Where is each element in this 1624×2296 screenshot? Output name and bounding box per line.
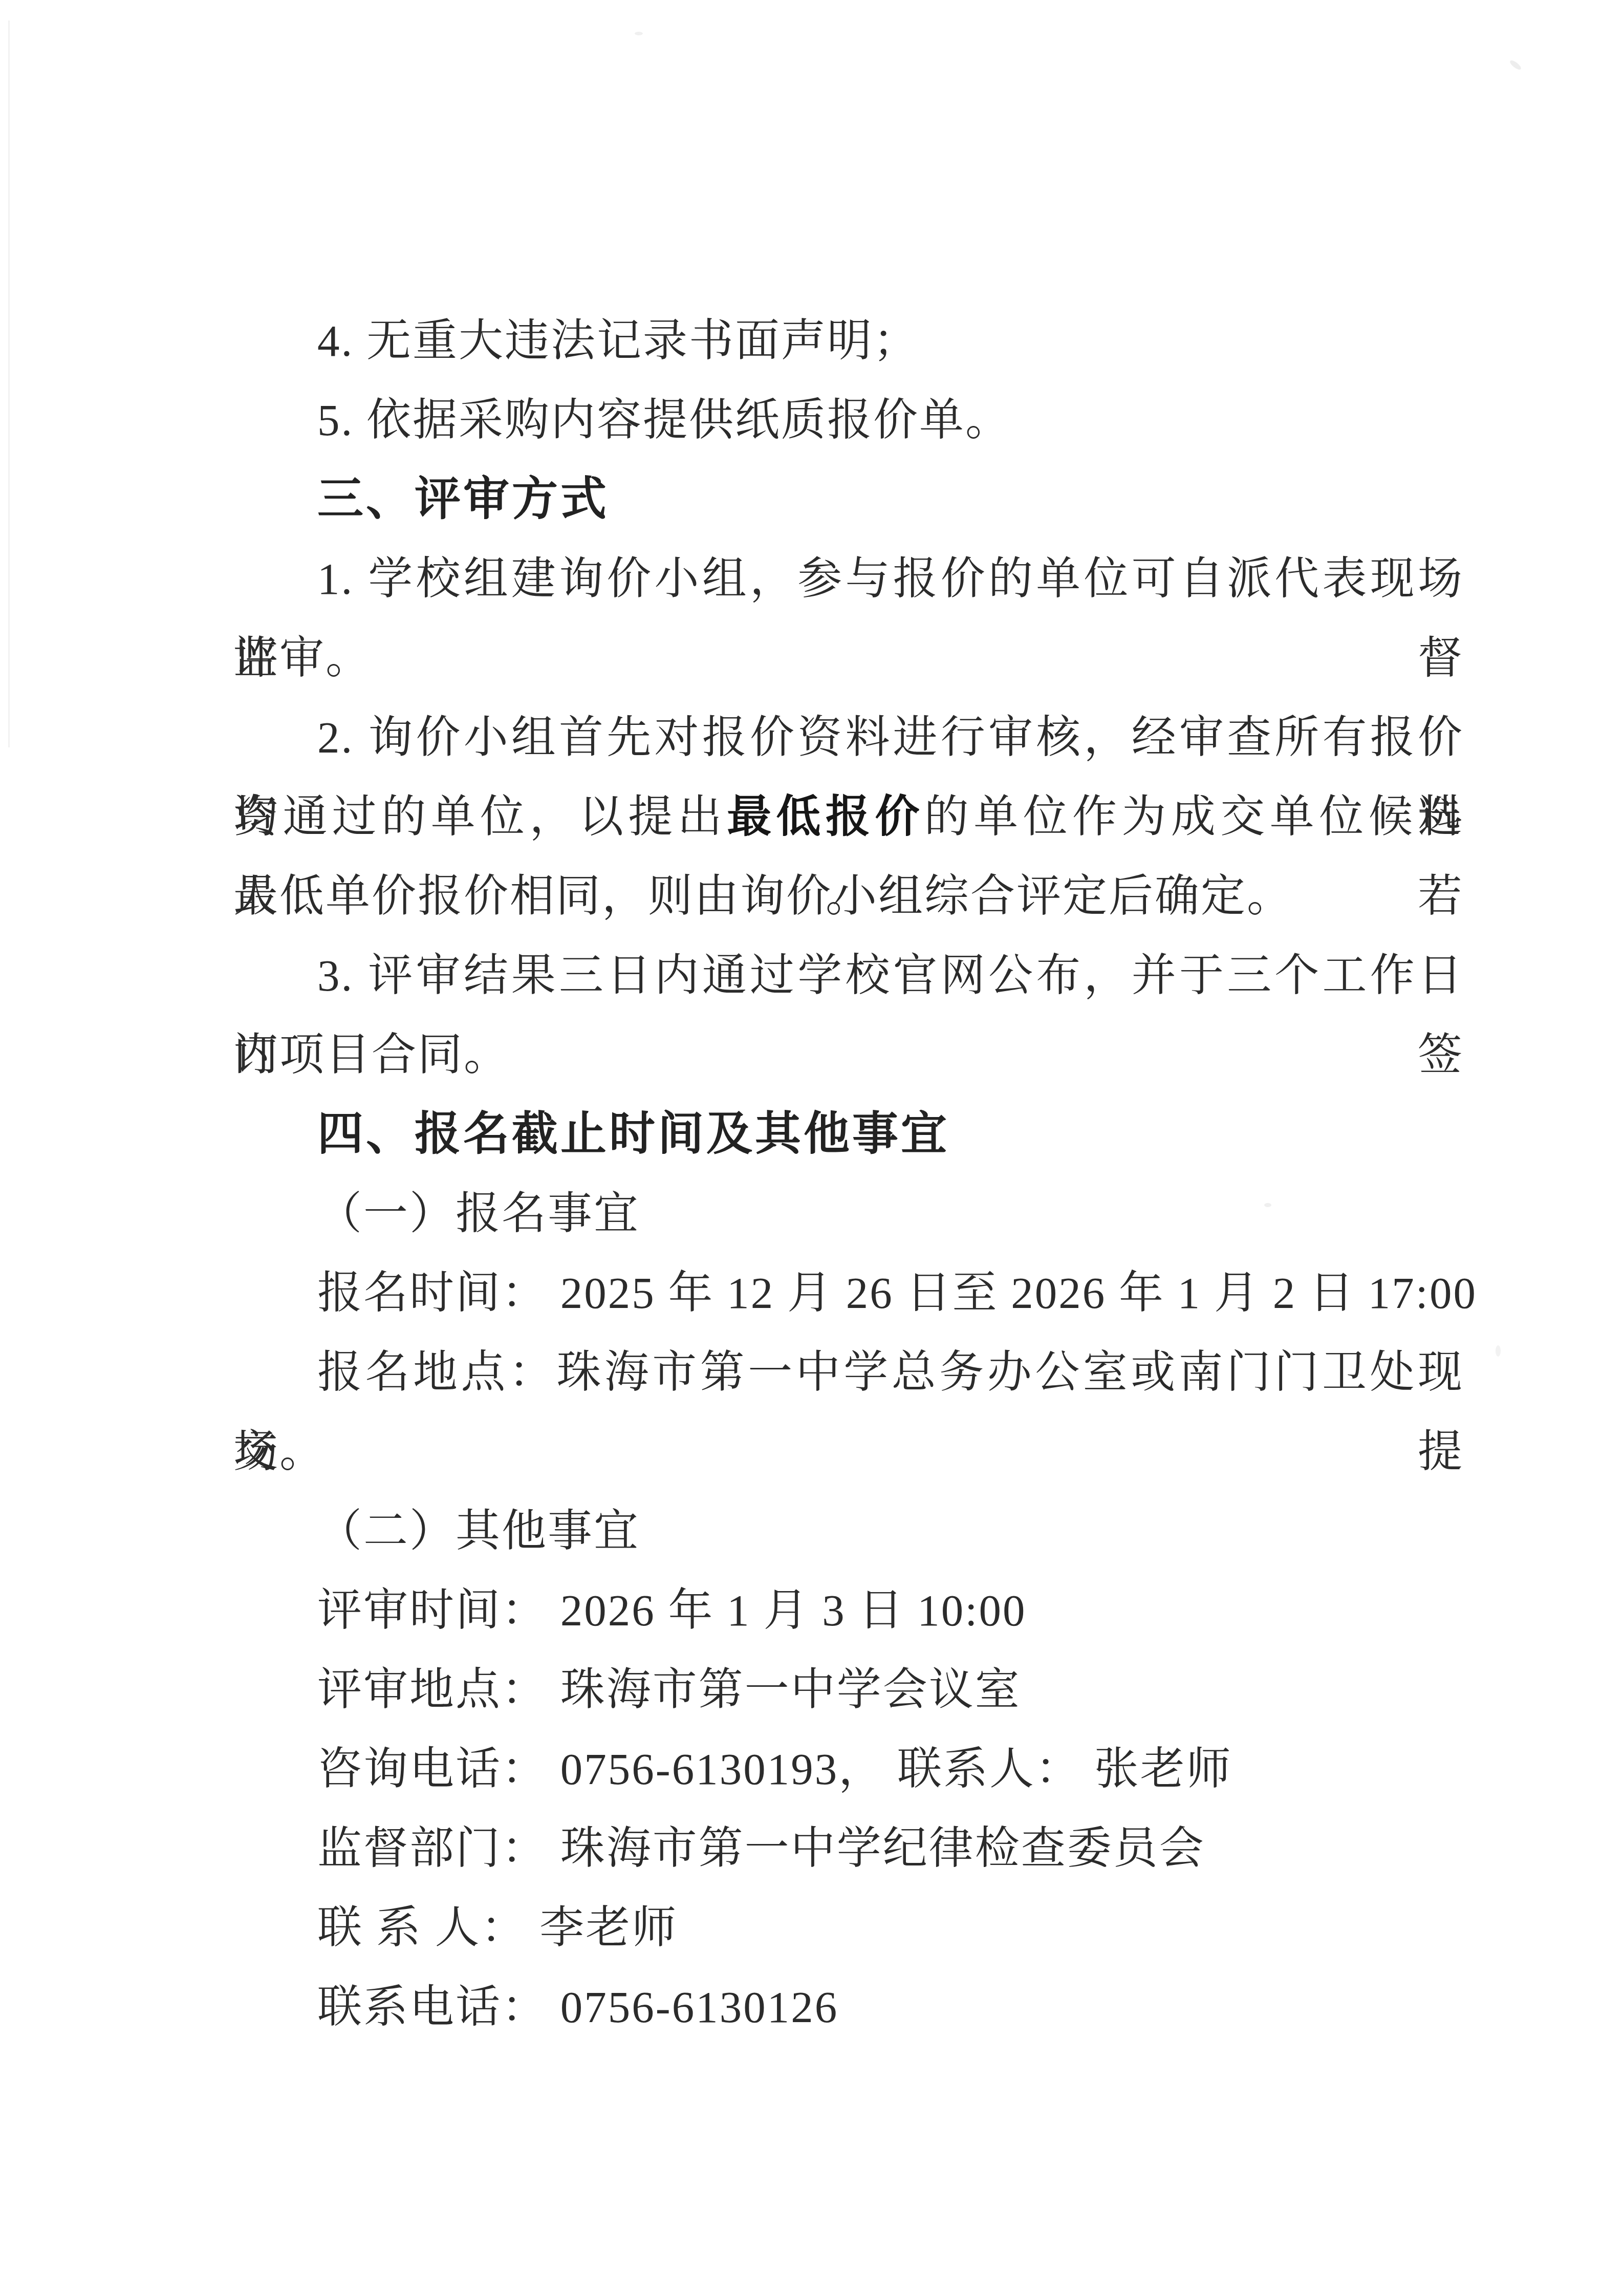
document-line: 1. 学校组建询价小组，参与报价的单位可自派代表现场监督 — [233, 539, 1464, 618]
document-page: 4. 无重大违法记录书面声明；5. 依据采购内容提供纸质报价单。三、评审方式1.… — [0, 0, 1624, 2296]
text-run: 交。 — [233, 1427, 326, 1476]
text-run: 评审。 — [233, 633, 372, 683]
text-run: 联 系 人： 李老师 — [317, 1903, 678, 1952]
text-run: 联系电话： 0756-6130126 — [317, 1982, 838, 2032]
section-heading: 四、报名截止时间及其他事宜 — [233, 1095, 1464, 1174]
text-run: 评审时间： 2026 年 1 月 3 日 10:00 — [317, 1585, 1026, 1635]
text-run: 订项目合同。 — [233, 1030, 510, 1080]
text-run: （二）其他事宜 — [317, 1506, 640, 1556]
document-line: 咨询电话： 0756-6130193， 联系人： 张老师 — [233, 1729, 1464, 1809]
section-heading: 三、评审方式 — [233, 460, 1464, 539]
scan-artifact — [1509, 59, 1523, 71]
document-line: 4. 无重大违法记录书面声明； — [233, 301, 1464, 380]
document-line: 5. 依据采购内容提供纸质报价单。 — [233, 380, 1464, 460]
document-line: 报名时间： 2025 年 12 月 26 日至 2026 年 1 月 2 日 1… — [233, 1253, 1464, 1333]
scan-artifact — [8, 20, 10, 747]
document-line: 3. 评审结果三日内通过学校官网公布，并于三个工作日内签 — [233, 936, 1464, 1015]
text-run: 监督部门： 珠海市第一中学纪律检查委员会 — [317, 1823, 1205, 1873]
text-run: 4. 无重大违法记录书面声明； — [317, 316, 919, 366]
scan-artifact — [1496, 1345, 1501, 1357]
text-run: 评审地点： 珠海市第一中学会议室 — [317, 1665, 1021, 1714]
text-run: 报名时间： 2025 年 12 月 26 日至 2026 年 1 月 2 日 1… — [317, 1268, 1477, 1318]
text-run: 三、评审方式 — [317, 474, 609, 525]
document-body: 4. 无重大违法记录书面声明；5. 依据采购内容提供纸质报价单。三、评审方式1.… — [233, 301, 1464, 2047]
emphasis-text: 最低报价 — [727, 792, 924, 842]
document-line: 评审地点： 珠海市第一中学会议室 — [233, 1650, 1464, 1729]
document-line: 均通过的单位，以提出最低报价的单位作为成交单位候选人。若 — [233, 777, 1464, 856]
document-line: 最低单价报价相同，则由询价小组综合评定后确定。 — [233, 856, 1464, 936]
document-line: 2. 询价小组首先对报价资料进行审核，经审查所有报价资料 — [233, 698, 1464, 777]
text-run: 1. 学校组建询价小组，参与报价的单位可自派代表现场监督 — [233, 554, 1464, 683]
text-run: 均通过的单位，以提出 — [233, 792, 727, 842]
text-run: 报名地点：珠海市第一中学总务办公室或南门门卫处现场提 — [233, 1347, 1464, 1476]
text-run: 四、报名截止时间及其他事宜 — [317, 1108, 949, 1160]
document-line: （一）报名事宜 — [233, 1174, 1464, 1253]
text-run: 最低单价报价相同，则由询价小组综合评定后确定。 — [233, 871, 1293, 921]
document-line: 监督部门： 珠海市第一中学纪律检查委员会 — [233, 1809, 1464, 1888]
text-run: 5. 依据采购内容提供纸质报价单。 — [317, 395, 1011, 445]
document-line: 联 系 人： 李老师 — [233, 1888, 1464, 1967]
document-line: 报名地点：珠海市第一中学总务办公室或南门门卫处现场提 — [233, 1333, 1464, 1412]
text-run: 咨询电话： 0756-6130193， 联系人： 张老师 — [317, 1744, 1232, 1794]
text-run: （一）报名事宜 — [317, 1189, 640, 1238]
document-line: 联系电话： 0756-6130126 — [233, 1967, 1464, 2047]
document-line: （二）其他事宜 — [233, 1491, 1464, 1571]
document-line: 评审时间： 2026 年 1 月 3 日 10:00 — [233, 1571, 1464, 1650]
scan-artifact — [635, 32, 643, 35]
